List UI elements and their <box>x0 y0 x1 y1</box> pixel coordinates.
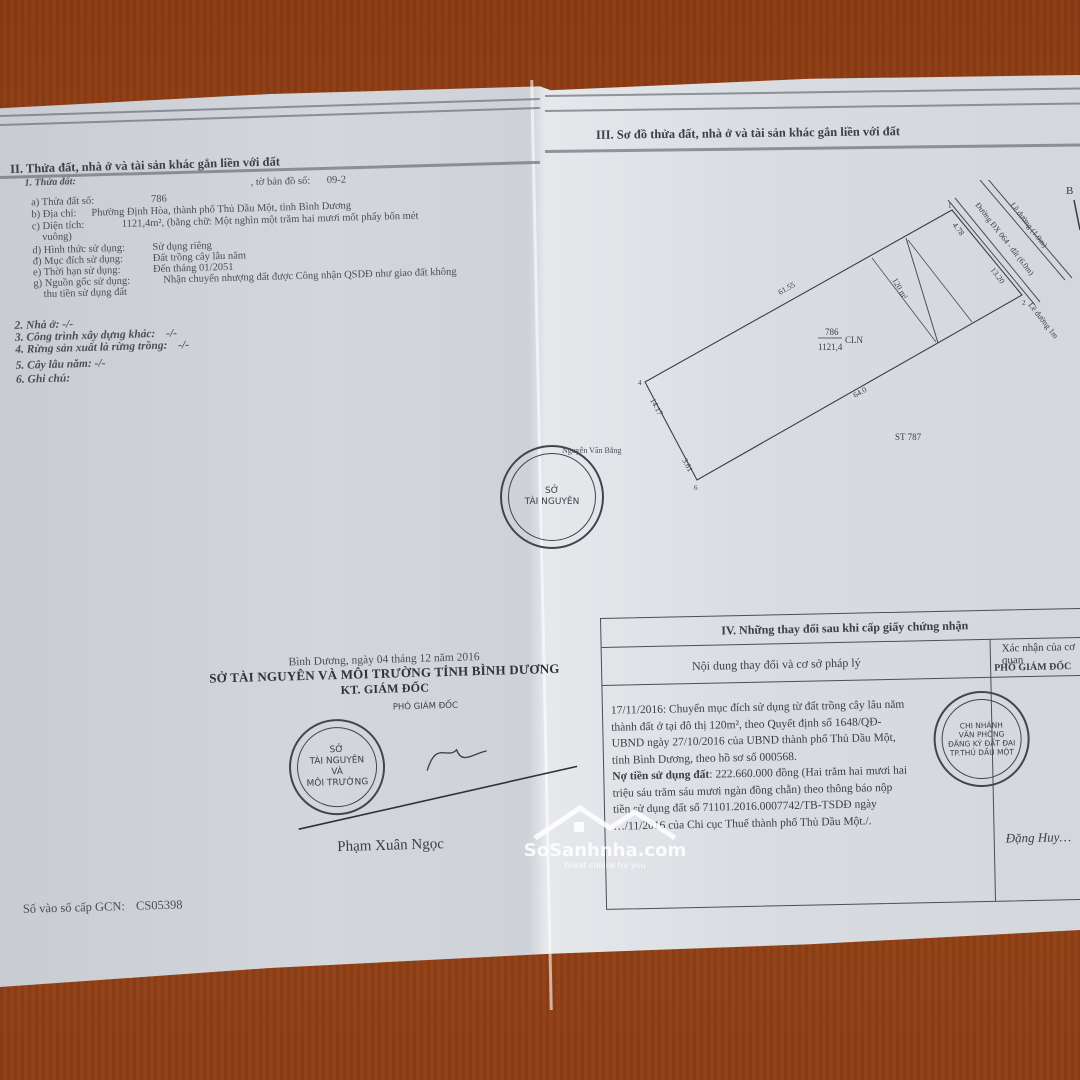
item-value: -/- <box>178 339 189 351</box>
section-4-title: IV. Những thay đổi sau khi cấp giấy chứn… <box>721 618 968 638</box>
neighbor-parcel-label: ST 787 <box>895 432 922 442</box>
vertex-label: 1 <box>948 202 952 210</box>
registry-number: Số vào sổ cấp GCN: CS05398 <box>23 897 183 916</box>
stamp-line: ĐĂNG KÝ ĐẤT ĐAI <box>948 738 1015 748</box>
vertex-label: 6 <box>694 484 698 492</box>
north-arrow-icon <box>1074 200 1080 230</box>
debt-value: : 222.660.000 đồng (Hai trăm hai mươi ha… <box>709 765 907 781</box>
confirmation-signer: Đặng Huy… <box>1006 829 1072 846</box>
fold-stamp: SỞ TÀI NGUYÊN <box>500 445 604 549</box>
road-edge-label: Lề đường (1.0m) <box>1008 201 1049 250</box>
dimension-label: 14.17 <box>648 397 664 417</box>
stamp-line: CHI NHÁNH <box>960 721 1003 731</box>
signature-block: Bình Dương, ngày 04 tháng 12 năm 2016 SỞ… <box>174 648 595 719</box>
dimension-label: 4.78 <box>950 221 966 238</box>
road-edge-label: Lề đường 1m <box>1026 301 1060 341</box>
watermark: SoSanhnha.com Great choice for you <box>520 800 690 870</box>
column-header-content: Nội dung thay đổi và cơ sở pháp lý <box>692 656 861 675</box>
debt-label: Nợ tiền sử dụng đất <box>612 769 709 783</box>
north-arrow-label: B <box>1066 185 1073 197</box>
parcel-fields: a) Thửa đất số:786 b) Địa chỉ:Phường Địn… <box>31 183 544 300</box>
item-notes: 6. Ghi chú: <box>16 369 190 386</box>
map-sheet-label: , tờ bản đồ số: 09-2 <box>251 175 347 189</box>
vertex-label: 4 <box>638 379 642 387</box>
stamp-line: TP.THỦ DẦU MỘT <box>950 747 1014 757</box>
area-annotation: 120 m² <box>890 277 909 302</box>
item-value: -/- <box>166 327 177 339</box>
field-value: 786 <box>151 194 167 205</box>
confirmation-stamp-text: PHÓ GIÁM ĐỐC <box>994 661 1071 674</box>
item-value: -/- <box>62 318 73 330</box>
registry-value: CS05398 <box>136 897 183 912</box>
stamp-line: VĂN PHÒNG <box>959 730 1005 740</box>
dimension-label: 13.20 <box>988 266 1006 286</box>
vertex-label: 2 <box>1022 299 1026 307</box>
land-code-label: CLN <box>845 335 864 345</box>
registry-label: Số vào sổ cấp GCN: <box>23 899 125 916</box>
map-sheet-label-text: , tờ bản đồ số: <box>251 176 311 189</box>
road-label: Đường ĐX 064 - đất (6.0m) <box>973 201 1036 278</box>
stamp-line: SỞ <box>545 486 559 497</box>
parcel-heading: 1. Thửa đất: <box>24 176 76 188</box>
parcel-area-label: 1121,4 <box>818 342 843 352</box>
fold-stamp-signer: Nguyễn Văn Bằng <box>562 446 621 455</box>
signer-name: Phạm Xuân Ngọc <box>337 836 444 856</box>
house-logo-icon <box>530 800 680 842</box>
parcel-number-label: 786 <box>825 327 839 337</box>
parcel-sketch-map: 786 1121,4 CLN ST 787 61.55 64.0 14.17 3… <box>630 180 1080 500</box>
map-sheet-value: 09-2 <box>327 175 347 187</box>
item-value: -/- <box>94 357 105 369</box>
watermark-brand: SoSanhnha.com <box>520 840 690 861</box>
dimension-label: 64.0 <box>852 385 869 400</box>
field-label: b) Địa chỉ: <box>31 208 91 221</box>
item-label: 6. Ghi chú: <box>16 372 70 386</box>
watermark-tagline: Great choice for you <box>520 861 690 870</box>
stamp-line: TÀI NGUYÊN <box>525 497 580 508</box>
branch-office-stamp: CHI NHÁNH VĂN PHÒNG ĐĂNG KÝ ĐẤT ĐAI TP.T… <box>933 690 1031 788</box>
dimension-label: 61.55 <box>777 280 797 297</box>
other-items: 2. Nhà ở: -/- 3. Công trình xây dựng khá… <box>14 315 190 386</box>
section-2-page: II. Thửa đất, nhà ở và tài sản khác gắn … <box>10 147 562 941</box>
item-label: 5. Cây lâu năm: <box>16 358 92 372</box>
